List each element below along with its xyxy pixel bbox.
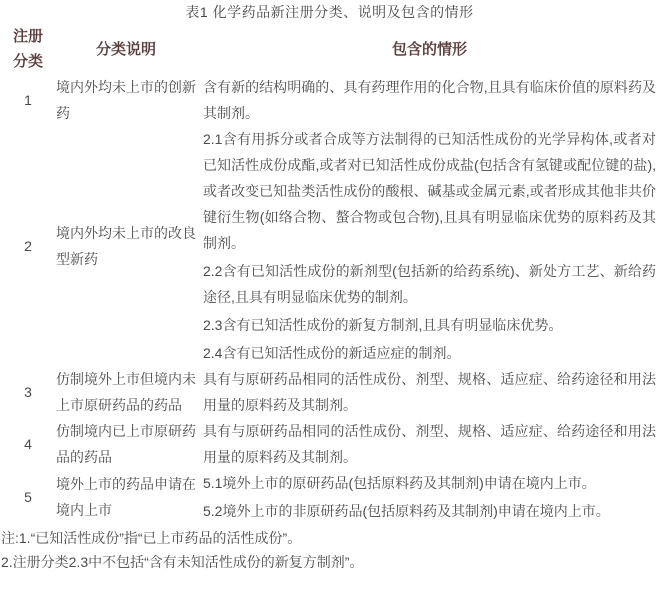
situation-paragraph: 含有新的结构明确的、具有药理作用的化合物,且具有临床价值的原料药及其制剂。: [203, 74, 656, 126]
table-header-row: 注册分类 分类说明 包含的情形: [0, 24, 659, 74]
registration-category-cell: 5: [0, 470, 56, 524]
situation-paragraph: 2.2含有已知活性成份的新剂型(包括新的给药系统)、新处方工艺、新给药途径,且具…: [203, 258, 656, 310]
category-description-cell: 仿制境内已上市原研药品的药品: [56, 418, 203, 470]
header-category-description: 分类说明: [56, 24, 203, 74]
category-description-cell: 境外上市的药品申请在境内上市: [56, 470, 203, 524]
included-situations-cell: 含有新的结构明确的、具有药理作用的化合物,且具有临床价值的原料药及其制剂。: [203, 74, 659, 126]
category-description-cell: 仿制境外上市但境内未上市原研药品的药品: [56, 366, 203, 418]
header-included-situations: 包含的情形: [203, 24, 659, 74]
registration-category-cell: 4: [0, 418, 56, 470]
included-situations-cell: 具有与原研药品相同的活性成份、剂型、规格、适应症、给药途径和用法用量的原料药及其…: [203, 418, 659, 470]
category-description-cell: 境内外均未上市的创新药: [56, 74, 203, 126]
situation-paragraph: 5.2境外上市的非原研药品(包括原料药及其制剂)申请在境内上市。: [203, 498, 656, 524]
table-title: 表1 化学药品新注册分类、说明及包含的情形: [0, 0, 659, 24]
included-situations-cell: 5.1境外上市的原研药品(包括原料药及其制剂)申请在境内上市。 5.2境外上市的…: [203, 470, 659, 524]
situation-paragraph: 2.1含有用拆分或者合成等方法制得的已知活性成份的光学异构体,或者对已知活性成份…: [203, 126, 656, 256]
registration-category-cell: 2: [0, 126, 56, 366]
situation-paragraph: 具有与原研药品相同的活性成份、剂型、规格、适应症、给药途径和用法用量的原料药及其…: [203, 418, 656, 470]
situation-paragraph: 2.4含有已知活性成份的新适应症的制剂。: [203, 340, 656, 366]
registration-category-cell: 3: [0, 366, 56, 418]
document-page: 表1 化学药品新注册分类、说明及包含的情形 注册分类 分类说明 包含的情形 1 …: [0, 0, 659, 574]
included-situations-cell: 2.1含有用拆分或者合成等方法制得的已知活性成份的光学异构体,或者对已知活性成份…: [203, 126, 659, 366]
classification-table: 注册分类 分类说明 包含的情形 1 境内外均未上市的创新药 含有新的结构明确的、…: [0, 24, 659, 524]
table-row: 1 境内外均未上市的创新药 含有新的结构明确的、具有药理作用的化合物,且具有临床…: [0, 74, 659, 126]
table-row: 2 境内外均未上市的改良型新药 2.1含有用拆分或者合成等方法制得的已知活性成份…: [0, 126, 659, 366]
table-row: 3 仿制境外上市但境内未上市原研药品的药品 具有与原研药品相同的活性成份、剂型、…: [0, 366, 659, 418]
registration-category-cell: 1: [0, 74, 56, 126]
table-row: 5 境外上市的药品申请在境内上市 5.1境外上市的原研药品(包括原料药及其制剂)…: [0, 470, 659, 524]
footnotes: 注:1.“已知活性成份”指“已上市药品的活性成份”。 2.注册分类2.3中不包括…: [0, 526, 659, 574]
header-registration-category: 注册分类: [0, 24, 56, 74]
footnote-line: 2.注册分类2.3中不包括“含有未知活性成份的新复方制剂”。: [1, 550, 659, 574]
situation-paragraph: 具有与原研药品相同的活性成份、剂型、规格、适应症、给药途径和用法用量的原料药及其…: [203, 366, 656, 418]
table-row: 4 仿制境内已上市原研药品的药品 具有与原研药品相同的活性成份、剂型、规格、适应…: [0, 418, 659, 470]
situation-paragraph: 2.3含有已知活性成份的新复方制剂,且具有明显临床优势。: [203, 312, 656, 338]
included-situations-cell: 具有与原研药品相同的活性成份、剂型、规格、适应症、给药途径和用法用量的原料药及其…: [203, 366, 659, 418]
footnote-line: 注:1.“已知活性成份”指“已上市药品的活性成份”。: [1, 526, 659, 550]
category-description-cell: 境内外均未上市的改良型新药: [56, 126, 203, 366]
situation-paragraph: 5.1境外上市的原研药品(包括原料药及其制剂)申请在境内上市。: [203, 470, 656, 496]
